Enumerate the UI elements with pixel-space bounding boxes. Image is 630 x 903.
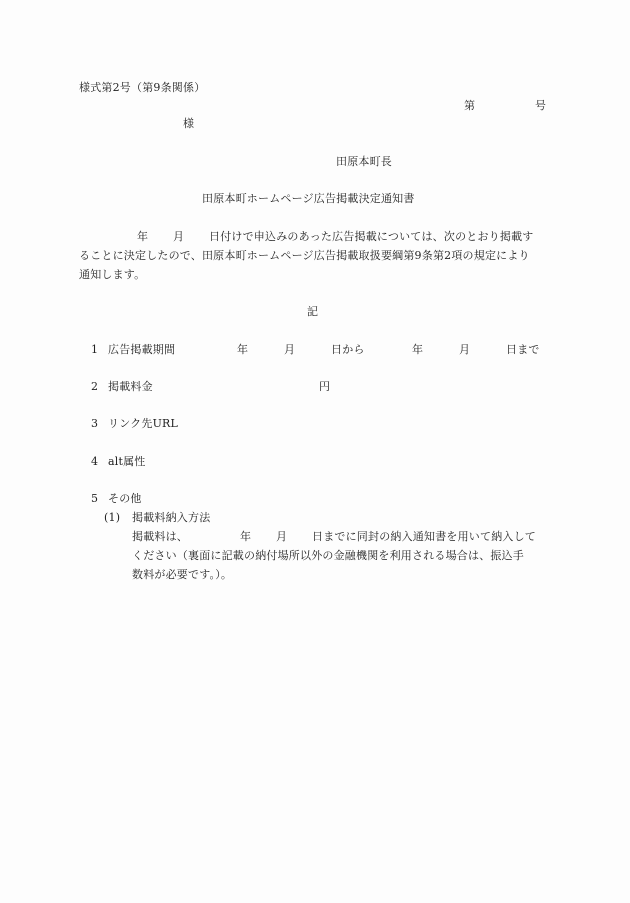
item-number: 3 <box>91 417 98 431</box>
document-title: 田原本町ホームページ広告掲載決定通知書 <box>202 192 415 206</box>
to-year: 年 <box>412 343 423 357</box>
form-label: 様式第2号（第9条関係） <box>79 81 205 95</box>
body-date-year: 年 <box>137 230 148 244</box>
addressee-suffix: 様 <box>183 117 194 131</box>
sub-month: 月 <box>276 530 287 544</box>
body-line-3: 通知します。 <box>79 268 145 282</box>
to-day: 日まで <box>506 343 540 357</box>
item-number: 5 <box>91 492 98 506</box>
from-day: 日から <box>331 343 365 357</box>
ki-heading: 記 <box>307 305 318 319</box>
item-number: 1 <box>91 343 98 357</box>
item-label: その他 <box>108 492 142 506</box>
sub-text-line-3: 数料が必要です。）。 <box>132 568 232 582</box>
body-line-1: 日付けで申込みのあった広告掲載については、次のとおり掲載す <box>209 230 533 244</box>
body-line-2: ることに決定したので、田原本町ホームページ広告掲載取扱要綱第9条第2項の規定によ… <box>79 249 530 263</box>
sub-text-line-2: ください（裏面に記載の納付場所以外の金融機関を利用される場合は、振込手 <box>132 549 524 563</box>
body-date-month: 月 <box>173 230 184 244</box>
issuer: 田原本町長 <box>336 155 392 169</box>
to-month: 月 <box>459 343 470 357</box>
from-year: 年 <box>237 343 248 357</box>
item-number: 4 <box>91 455 98 469</box>
sub-text-prefix: 掲載料は、 <box>132 530 188 544</box>
sub-item-label: 掲載料納入方法 <box>132 511 210 525</box>
document-number-prefix: 第 <box>464 99 475 113</box>
sub-item-number: (1) <box>104 511 120 525</box>
sub-text-line-1: 日までに同封の納入通知書を用いて納入して <box>312 530 536 544</box>
fee-unit: 円 <box>319 380 330 394</box>
item-number: 2 <box>91 380 98 394</box>
from-month: 月 <box>284 343 295 357</box>
item-label: alt属性 <box>108 455 146 469</box>
sub-year: 年 <box>240 530 251 544</box>
item-label: リンク先URL <box>108 417 178 431</box>
item-label: 掲載料金 <box>108 380 153 394</box>
document-number-suffix: 号 <box>535 99 546 113</box>
item-label: 広告掲載期間 <box>108 343 175 357</box>
document-page: 様式第2号（第9条関係） 第 号 様 田原本町長 田原本町ホームページ広告掲載決… <box>0 0 630 903</box>
